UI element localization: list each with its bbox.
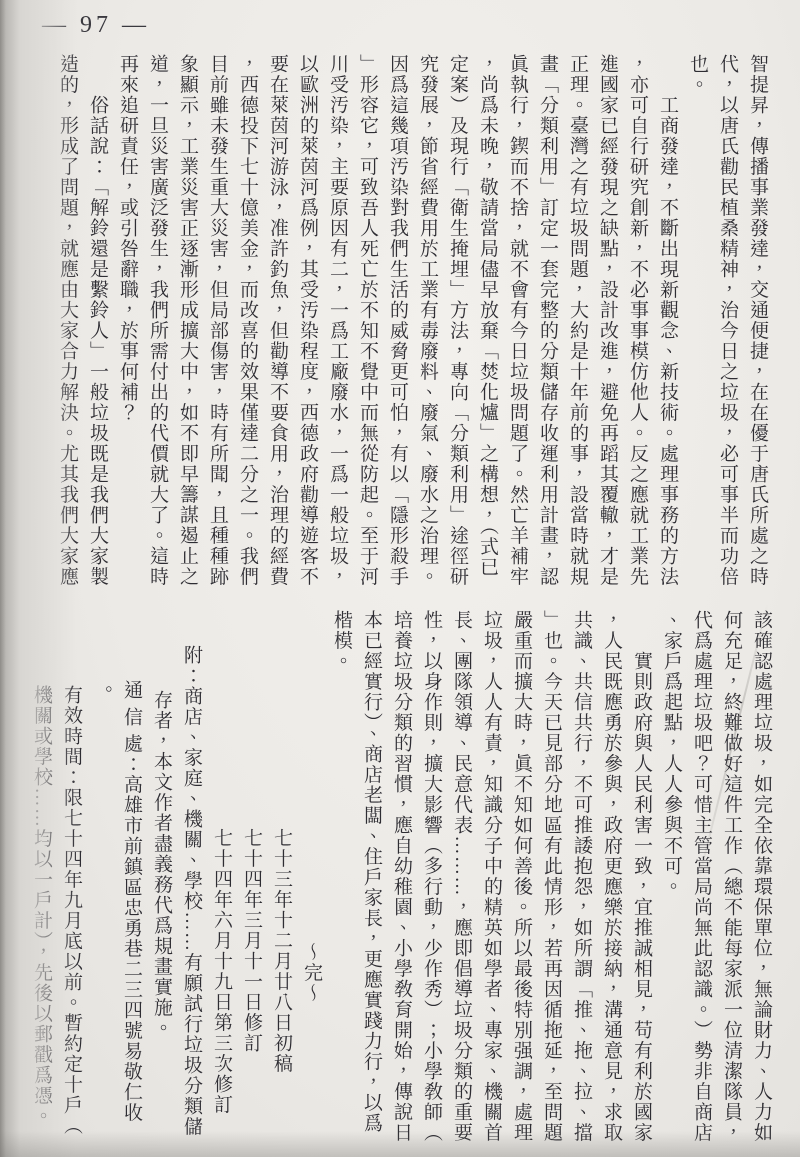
text-column: 嚴重而擴大時，眞不知如何善後。所以最後特別强調，處理 [506, 610, 536, 1157]
text-column: 何充足，終難做好這件工作（總不能每家派一位清潔隊員， [716, 610, 746, 1157]
text-column: 七十三年十二月廿八日初稿 [266, 610, 296, 1157]
text-column: 楷模。 [326, 610, 356, 1157]
text-column: 共識、共信共行，不可推諉抱怨，如所謂「推、拖、拉、擋 [566, 610, 596, 1157]
text-column: 長、團隊領導、民意代表………，應即倡導垃圾分類的重要 [446, 610, 476, 1157]
text-column: 象顯示，工業災害正逐漸形成擴大中，如不即早籌謀遏止之 [172, 54, 202, 606]
text-column: 也。 [682, 54, 712, 606]
text-column: 再來追研責任，或引咎辭職，於事何補？ [112, 54, 142, 606]
text-column: 目前雖未發生重大災害，但局部傷害，時有所聞，且種種跡 [202, 54, 232, 606]
text-column: 畫「分類利用」訂定一套完整的分類儲存收運利用計畫，認 [532, 54, 562, 606]
text-column: 造的，形成了問題，就應由大家合力解決。尤其我們大家應 [52, 54, 82, 606]
text-column: 以歐洲的萊茵河爲例，其受汚染程度，西德政府勸導遊客不 [292, 54, 322, 606]
text-column: 究發展，節省經費用於工業有毒廢料、廢氣、廢水之治理。 [412, 54, 442, 606]
text-column: 有效時間：限七十四年九月底以前。暫約定十戶（ [56, 610, 86, 1157]
text-column: 代爲處理垃圾吧？可惜主管當局尚無此認識。）勢非自商店 [686, 610, 716, 1157]
text-column: 機關或學校……均以一戶計），先後以郵戳爲憑。 [26, 610, 56, 1157]
text-column: 該確認處理垃圾，如完全依靠環保單位，無論財力、人力如 [746, 610, 776, 1157]
text-column: 、家戶爲起點，人人參與不可。 [656, 610, 686, 1157]
text-column: ，西德投下七十億美金，而改喜的效果僅達二分之一。我們 [232, 54, 262, 606]
text-column: ～完～ [296, 610, 326, 1157]
text-column: 附：商店、家庭、機關、學校……有願試行垃圾分類儲 [176, 610, 206, 1157]
text-column: 存者，本文作者盡義務代爲規畫實施。 [146, 610, 176, 1157]
text-column: 眞執行，鍥而不捨，就不會有今日垃圾問題了。然亡羊補牢 [502, 54, 532, 606]
text-column: 」也。今天已見部分地區有此情形，若再因循拖延，至問題 [536, 610, 566, 1157]
text-column: 工商發達，不斷出現新觀念、新技術。處理事務的方法 [652, 54, 682, 606]
text-column: 培養垃圾分類的習慣，應自幼稚園、小學敎育開始，傳說日 [386, 610, 416, 1157]
top-text-block: 智提昇，傳播事業發達，交通便捷，在在優于唐氏所處之時代，以唐氏勸民植桑精神，治今… [52, 54, 772, 606]
text-column: 川受汚染，主要原因有二，一爲工廠廢水，一爲一般垃圾， [322, 54, 352, 606]
page-number: — 97 — [42, 12, 150, 39]
text-column: ，尚爲未晚，敬請當局儘早放棄「焚化爐」之構想，（式已 [472, 54, 502, 606]
text-column: 因爲這幾項汚染對我們生活的威脅更可怕，有以「隱形殺手 [382, 54, 412, 606]
text-column: 實則政府與人民利害一致，宜推誠相見，苟有利於國家 [626, 610, 656, 1157]
text-column: 通 信 處：高雄市前鎮區忠勇巷二三四號易敬仁收 [116, 610, 146, 1157]
text-column: 定案）及現行「衛生掩埋」方法，專向「分類利用」途徑研 [442, 54, 472, 606]
text-column: 」形容它，可致吾人死亡於不知不覺中而無從防起。至于河 [352, 54, 382, 606]
bottom-text-block: 該確認處理垃圾，如完全依靠環保單位，無論財力、人力如何充足，終難做好這件工作（總… [26, 610, 776, 1157]
text-column: 垃圾，人人有責，知識分子中的精英如學者、專家、機關首 [476, 610, 506, 1157]
text-column: 道，一旦災害廣泛發生，我們所需付出的代價就大了。這時 [142, 54, 172, 606]
text-column: 。 [86, 610, 116, 1157]
text-column: 要在萊茵河游泳，准許釣魚，但勸導不要食用，治理的經費 [262, 54, 292, 606]
text-column: ，亦可自行研究創新，不必事事模仿他人。反之應就工業先 [622, 54, 652, 606]
text-column: 七十四年三月十一日修訂 [236, 610, 266, 1157]
text-column: ，人民既應勇於參與，政府更應樂於接納，溝通意見，求取 [596, 610, 626, 1157]
text-column: 本已經實行）、商店老闆、住戶家長，更應實踐力行，以爲 [356, 610, 386, 1157]
text-column: 正理。臺灣之有垃圾問題，大約是十年前的事，設當時就規 [562, 54, 592, 606]
text-column: 性，以身作則，擴大影響（多行動，少作秀）；小學敎師（ [416, 610, 446, 1157]
text-column: 七十四年六月十九日第三次修訂 [206, 610, 236, 1157]
text-column: 智提昇，傳播事業發達，交通便捷，在在優于唐氏所處之時 [742, 54, 772, 606]
text-column: 代，以唐氏勸民植桑精神，治今日之垃圾，必可事半而功倍 [712, 54, 742, 606]
text-column: 俗話說：「解鈴還是繫鈴人」一般垃圾既是我們大家製 [82, 54, 112, 606]
text-column: 進國家已經發現之缺點，設計改進，避免再蹈其覆轍，才是 [592, 54, 622, 606]
scanned-page: — 97 — 智提昇，傳播事業發達，交通便捷，在在優于唐氏所處之時代，以唐氏勸民… [0, 0, 800, 1157]
